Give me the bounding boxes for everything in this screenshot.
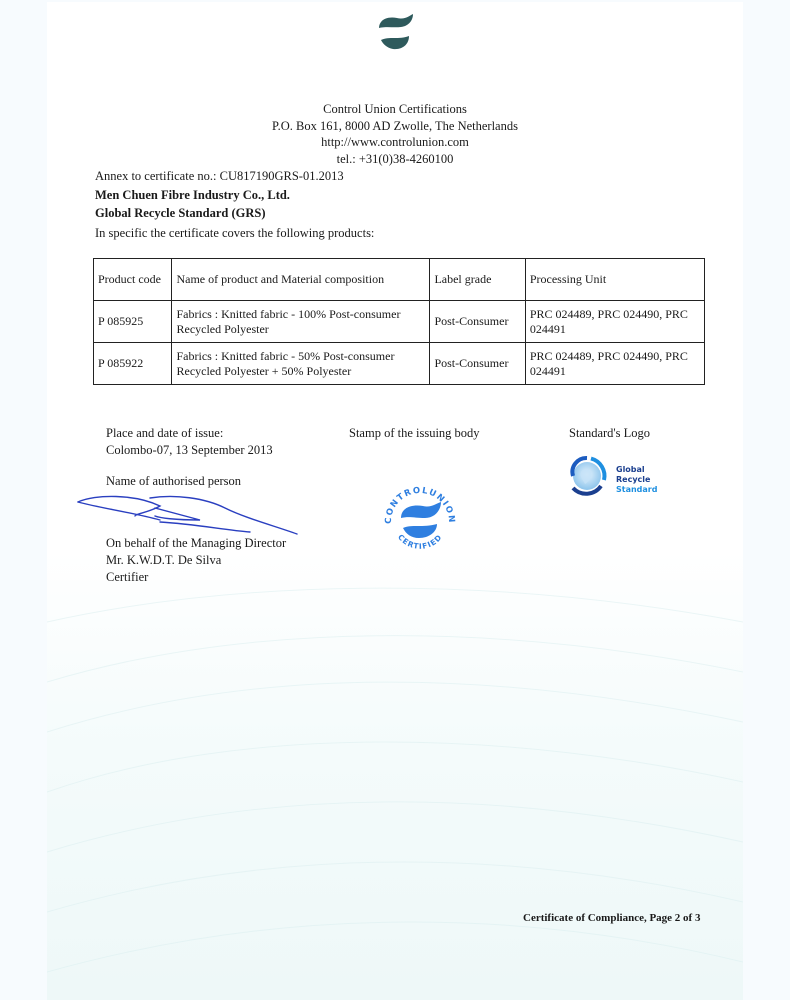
table-header-row: Product code Name of product and Materia… — [94, 259, 705, 301]
products-intro: In specific the certificate covers the f… — [95, 226, 374, 241]
issuer-address: P.O. Box 161, 8000 AD Zwolle, The Nether… — [0, 118, 790, 135]
grs-line-2: Recycle — [616, 475, 657, 485]
background-wave-pattern — [47, 562, 743, 1000]
certifier-role: Certifier — [106, 570, 148, 585]
issuer-organization: Control Union Certifications — [0, 101, 790, 118]
on-behalf-of: On behalf of the Managing Director — [106, 536, 286, 551]
cell-product-code: P 085922 — [94, 343, 172, 385]
cell-product-code: P 085925 — [94, 301, 172, 343]
stamp-label: Stamp of the issuing body — [349, 426, 480, 441]
cell-label-grade: Post-Consumer — [430, 343, 525, 385]
grs-line-1: Global — [616, 465, 657, 475]
cell-processing-unit: PRC 024489, PRC 024490, PRC 024491 — [525, 343, 704, 385]
table-row: P 085925 Fabrics : Knitted fabric - 100%… — [94, 301, 705, 343]
products-table: Product code Name of product and Materia… — [93, 258, 705, 385]
cell-label-grade: Post-Consumer — [430, 301, 525, 343]
table-row: P 085922 Fabrics : Knitted fabric - 50% … — [94, 343, 705, 385]
header-processing-unit: Processing Unit — [525, 259, 704, 301]
standards-logo-label: Standard's Logo — [569, 426, 650, 441]
authorised-person-label: Name of authorised person — [106, 474, 241, 489]
grs-line-3: Standard — [616, 485, 657, 495]
header-label-grade: Label grade — [430, 259, 525, 301]
annex-certificate-number: Annex to certificate no.: CU817190GRS-01… — [95, 169, 344, 184]
issuer-website: http://www.controlunion.com — [0, 134, 790, 151]
issuer-phone: tel.: +31(0)38-4260100 — [0, 151, 790, 168]
place-date-value: Colombo-07, 13 September 2013 — [106, 443, 273, 458]
issuer-header: Control Union Certifications P.O. Box 16… — [0, 101, 790, 167]
control-union-certified-stamp-icon: CONTROLUNION CERTIFIED — [379, 478, 461, 560]
certifier-name: Mr. K.W.D.T. De Silva — [106, 553, 221, 568]
cell-product-name: Fabrics : Knitted fabric - 50% Post-cons… — [172, 343, 430, 385]
signature-icon — [75, 490, 300, 540]
place-date-label: Place and date of issue: — [106, 426, 223, 441]
standard-name: Global Recycle Standard (GRS) — [95, 206, 265, 221]
header-product-code: Product code — [94, 259, 172, 301]
cell-product-name: Fabrics : Knitted fabric - 100% Post-con… — [172, 301, 430, 343]
cell-processing-unit: PRC 024489, PRC 024490, PRC 024491 — [525, 301, 704, 343]
svg-text:CONTROLUNION: CONTROLUNION — [384, 486, 456, 524]
page-footer: Certificate of Compliance, Page 2 of 3 — [523, 912, 700, 924]
company-name: Men Chuen Fibre Industry Co., Ltd. — [95, 188, 290, 203]
header-product-name: Name of product and Material composition — [172, 259, 430, 301]
grs-logo-text: Global Recycle Standard — [616, 465, 657, 495]
control-union-logo-icon — [375, 12, 417, 52]
